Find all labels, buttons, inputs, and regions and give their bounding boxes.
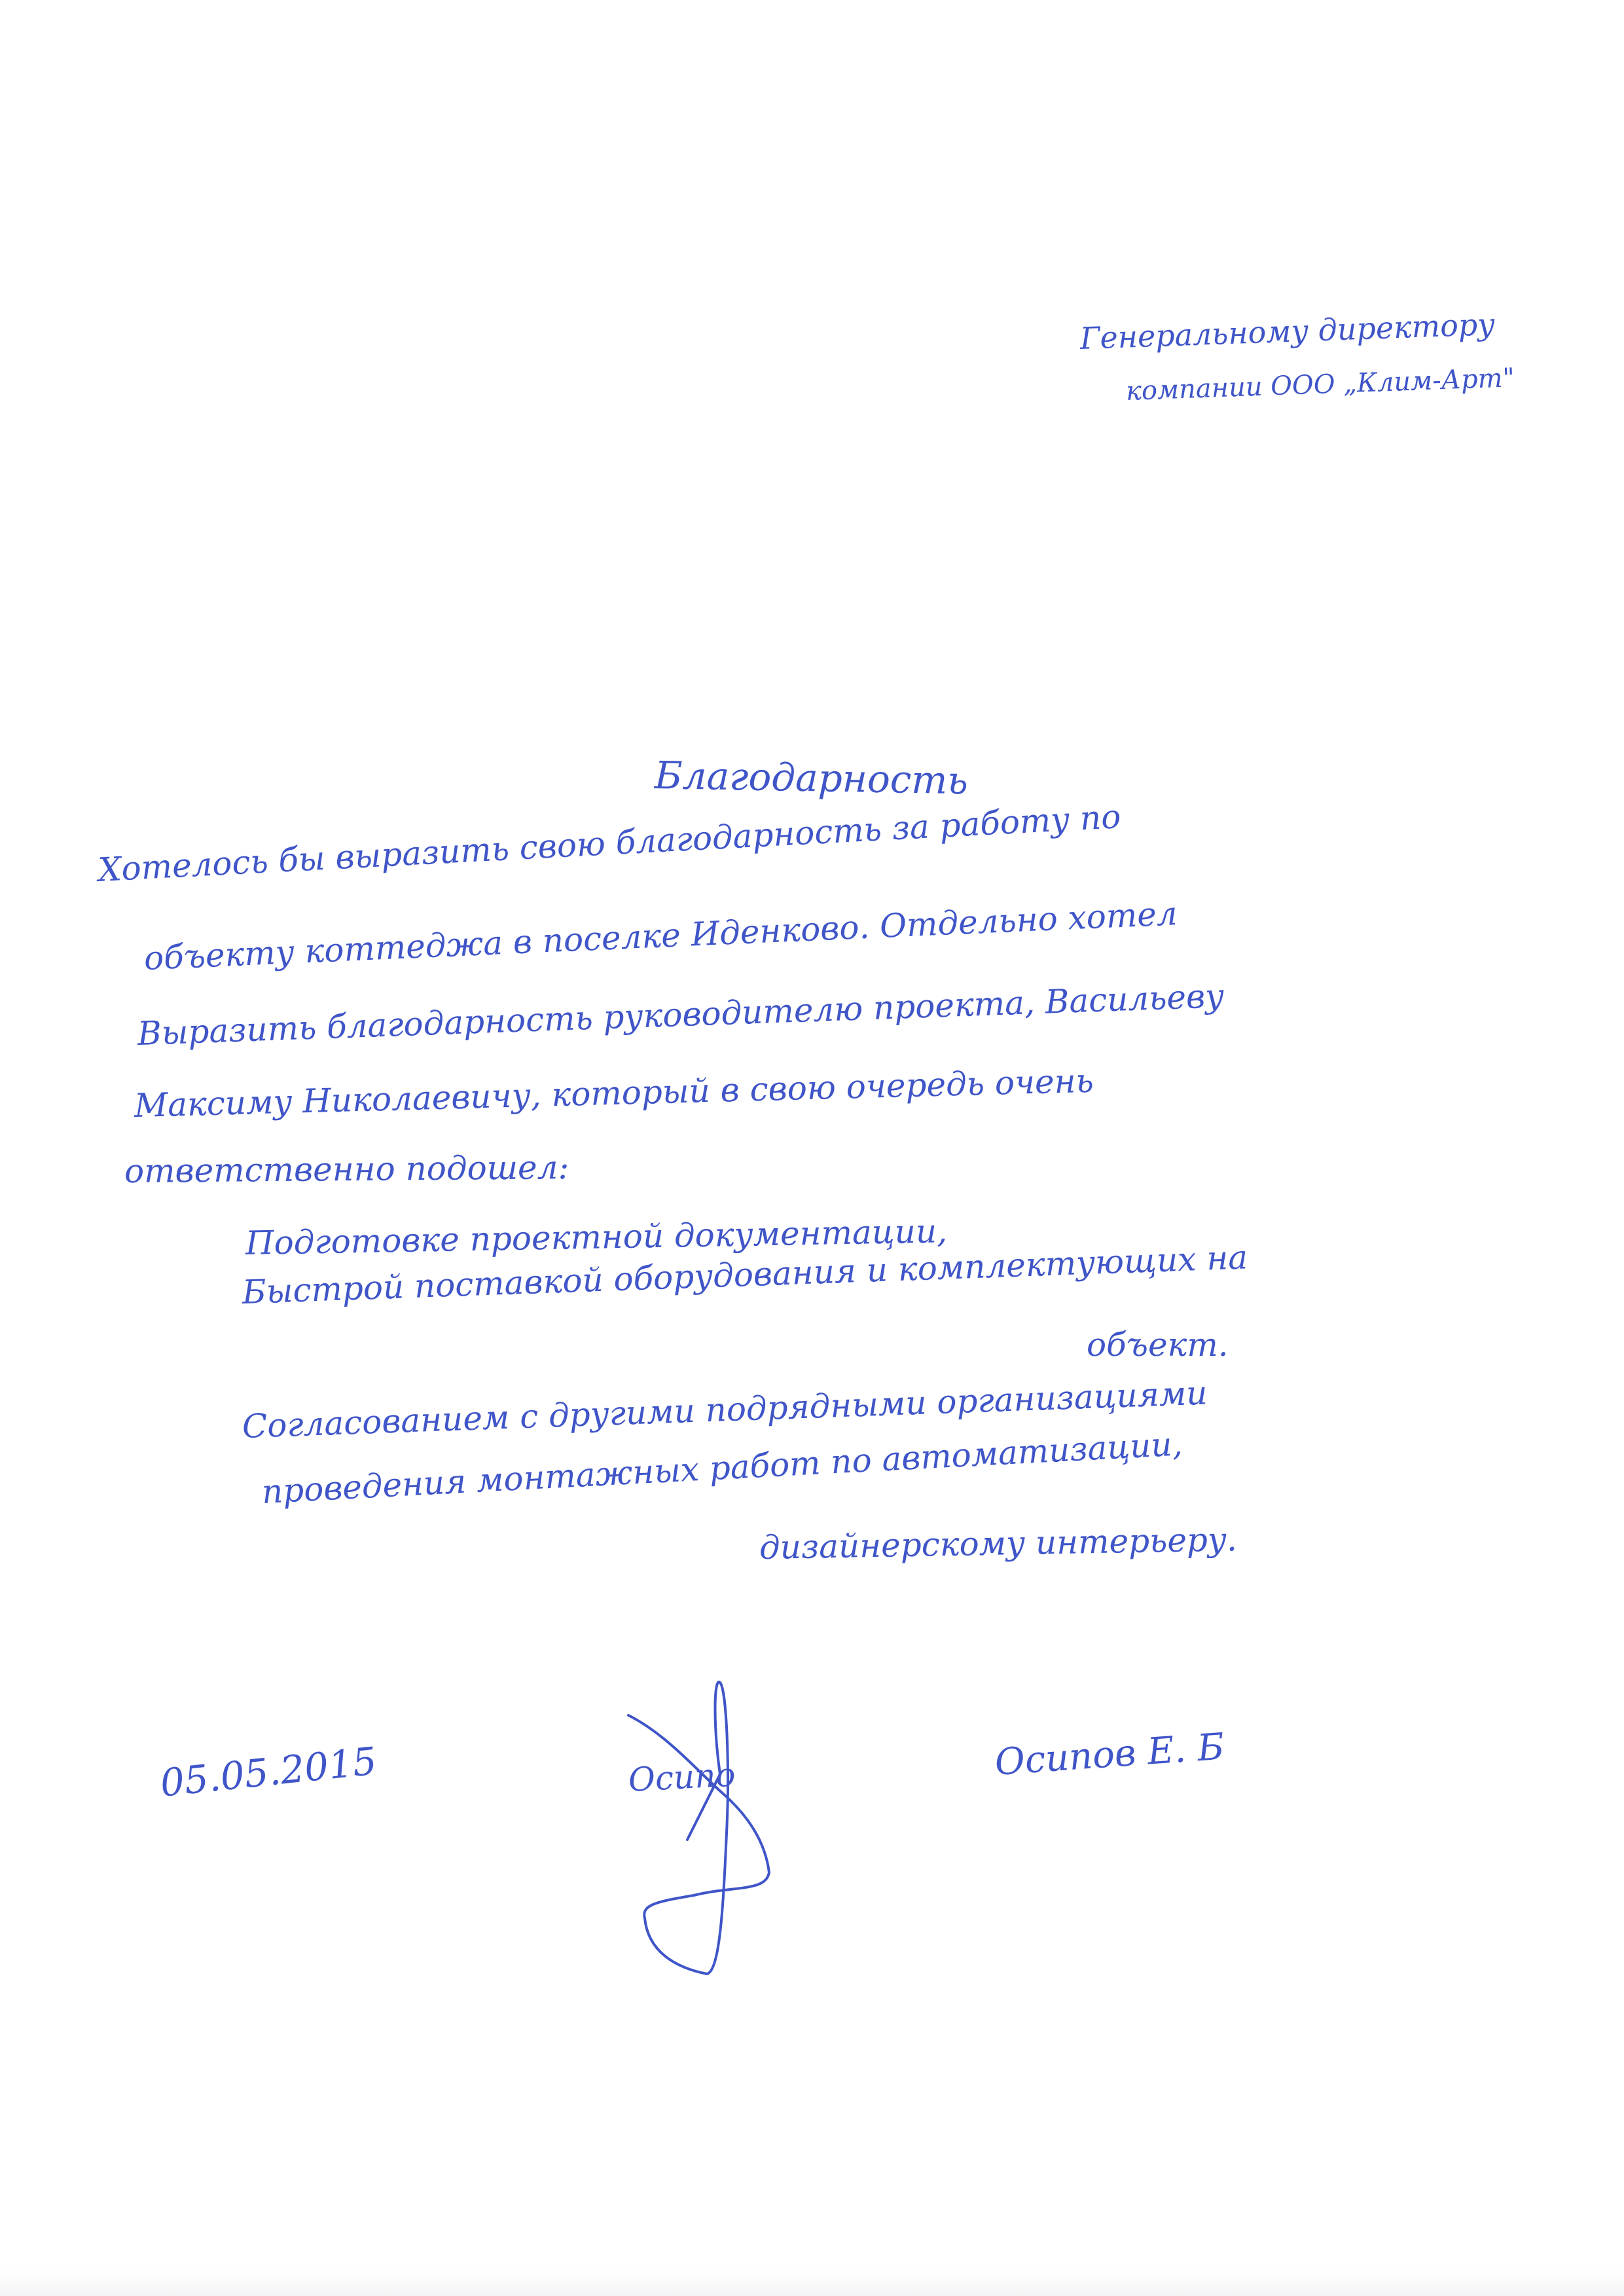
- body-line: Хотелось бы выразить свою благодарность …: [97, 797, 1121, 889]
- letter-title: Благодарность: [654, 753, 968, 803]
- list-item-continuation: объект.: [1087, 1326, 1229, 1364]
- list-item-continuation: дизайнерскому интерьеру.: [759, 1520, 1237, 1567]
- letter-date: 05.05.2015: [158, 1738, 378, 1805]
- body-line: объекту коттеджа в поселке Иденково. Отд…: [143, 894, 1178, 977]
- signer-name: Осипов Е. Б: [994, 1726, 1226, 1784]
- scan-bottom-edge: [0, 2270, 1624, 2296]
- addressee-line-2: компании ООО „Клим-Арт": [1125, 363, 1515, 407]
- addressee-line-1: Генеральному директору: [1079, 306, 1496, 356]
- body-line: Максиму Николаевичу, который в свою очер…: [134, 1062, 1094, 1125]
- signature-scribble-icon: [615, 1676, 890, 1977]
- body-line: ответственно подошел:: [124, 1148, 569, 1190]
- body-line: Выразить благодарность руководителю прое…: [137, 977, 1225, 1053]
